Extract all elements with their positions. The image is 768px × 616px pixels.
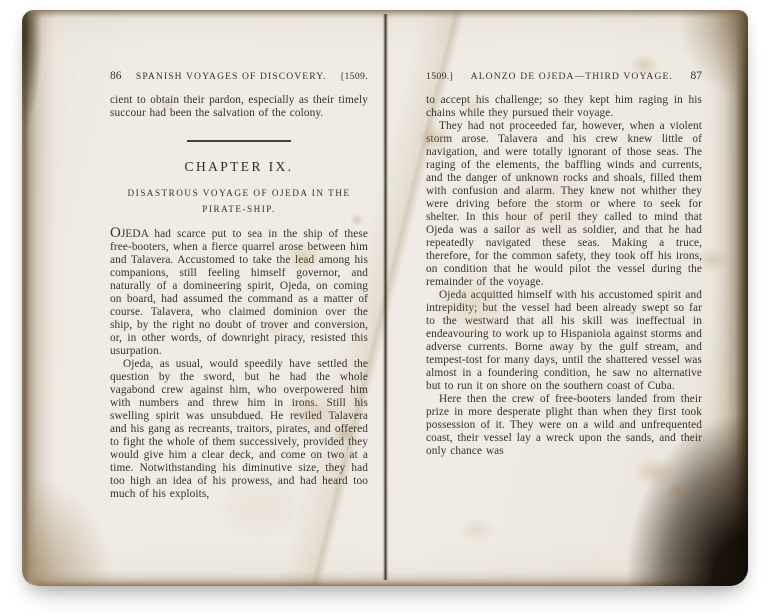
section-rule	[187, 140, 291, 142]
left-paragraph-1: OJEDA had scarce put to sea in the ship …	[110, 227, 368, 358]
left-continuation-paragraph: cient to obtain their pardon, especially…	[110, 94, 368, 120]
book-bottom-left-corner	[22, 476, 112, 586]
left-paragraph-2: Ojeda, as usual, would speedily have set…	[110, 358, 368, 501]
left-page: 86 SPANISH VOYAGES OF DISCOVERY. [1509. …	[110, 70, 368, 501]
left-page-number: 86	[110, 70, 122, 82]
left-year-label: [1509.	[341, 71, 368, 82]
right-running-title: ALONZO DE OJEDA—THIRD VOYAGE.	[471, 71, 673, 82]
chapter-subtitle: DISASTROUS VOYAGE OF OJEDA IN THE PIRATE…	[110, 185, 368, 217]
left-running-head: 86 SPANISH VOYAGES OF DISCOVERY. [1509.	[110, 70, 368, 82]
right-year-label: 1509.]	[426, 71, 453, 82]
right-page: 1509.] ALONZO DE OJEDA—THIRD VOYAGE. 87 …	[426, 70, 702, 458]
right-running-head: 1509.] ALONZO DE OJEDA—THIRD VOYAGE. 87	[426, 70, 702, 82]
right-continuation-paragraph: to accept his challenge; so they kept hi…	[426, 94, 702, 120]
right-paragraph-3: Here then the crew of free-booters lande…	[426, 393, 702, 458]
right-paragraph-1: They had not proceeded far, however, whe…	[426, 120, 702, 289]
right-page-number: 87	[691, 70, 703, 82]
scanned-photo-background: 86 SPANISH VOYAGES OF DISCOVERY. [1509. …	[0, 0, 768, 616]
left-running-title: SPANISH VOYAGES OF DISCOVERY.	[136, 71, 327, 82]
book-right-worn-edge	[710, 10, 748, 586]
open-book: 86 SPANISH VOYAGES OF DISCOVERY. [1509. …	[22, 10, 748, 586]
right-paragraph-2: Ojeda acquitted himself with his accusto…	[426, 289, 702, 393]
book-bottom-worn-edge	[28, 571, 742, 586]
book-top-worn-edge	[28, 10, 742, 19]
chapter-heading: CHAPTER IX.	[110, 159, 368, 175]
book-gutter	[382, 14, 389, 580]
book-left-worn-edge	[22, 10, 56, 586]
